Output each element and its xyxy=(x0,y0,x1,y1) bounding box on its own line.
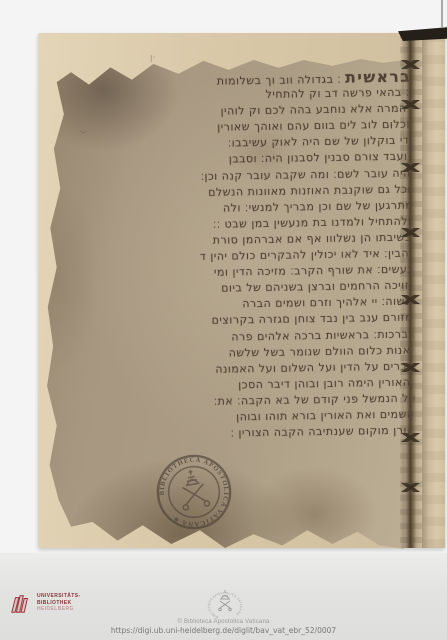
stamp-seal-icon: BIBLIOTHECA APOSTOLICA VATICANA ✳ xyxy=(149,447,239,537)
copyright-caption: © Biblioteca Apostolica Vaticana xyxy=(0,619,447,625)
manuscript-line-text: בעשים׃ את שורף הקרב׃ מזיכה הדין ומי xyxy=(214,263,414,279)
vatican-library-stamp: BIBLIOTHECA APOSTOLICA VATICANA ✳ xyxy=(149,447,239,537)
manuscript-line-text: והאורין הימה רובן ובוהן דיבר הסכן xyxy=(238,375,414,391)
manuscript-line: בראשית ׃ בגדולה ווב וך בשלומות xyxy=(109,69,411,90)
manuscript-line-text: ועבד צורם סבנין לסבנון היה׃ וסבבן xyxy=(229,150,408,166)
manuscript-line-text: היה עובר לשם׃ ומה שקבה עובר קנה וכן׃ xyxy=(201,166,411,182)
binding-stitch xyxy=(397,295,424,304)
binding-stitch xyxy=(397,100,424,109)
manuscript-line-text: וכל גם שוקנבת האוזנות מאוונות הנשלם xyxy=(208,182,411,198)
binding-stitch xyxy=(397,163,424,172)
manuscript-line-text: המרה אלא נוחבע בהה לכם וק לוהין xyxy=(220,102,406,118)
margin-mark: ן· xyxy=(150,53,155,63)
binding-stitch xyxy=(397,433,424,442)
svg-text:BIBLIOTHECA APOSTOLICA VATICAN: BIBLIOTHECA APOSTOLICA VATICANA ✳ xyxy=(153,451,235,533)
ub-logo-line3: HEIDELBERG xyxy=(37,606,81,613)
manuscript-line-text: אורן מוקום שענתיבה הקבה הצורין ׃ xyxy=(231,424,415,440)
ub-heidelberg-logo: UNIVERSITÄTS- BIBLIOTHEK HEIDELBERG xyxy=(10,593,81,615)
vatican-keys-emblem-icon: BIBLIOTECA APOSTOLICA VATICANA xyxy=(203,588,247,620)
binding-stitch xyxy=(397,363,424,372)
manuscript-line-text: ידי בוקלון של שם היה לאוק עשיבבו׃ xyxy=(228,134,412,150)
adjacent-page-edge xyxy=(422,33,445,548)
binding-stitch xyxy=(397,228,424,237)
binding-stitch xyxy=(397,60,424,69)
manuscript-line-text: וכלום לוב לים בוום עהם ואוהך שאורין xyxy=(217,118,410,134)
stamp-curved-text: BIBLIOTHECA APOSTOLICA VATICANA ✳ xyxy=(153,451,235,533)
margin-mark: ·: xyxy=(388,123,393,131)
manuscript-line-text: ׃ בגדולה ווב וך בשלומות xyxy=(217,73,342,88)
books-stack-icon xyxy=(10,593,32,615)
manuscript-line-text: ולהתחיל ולמדנו בת מנעשין במן שבט ׃׃ xyxy=(213,214,412,230)
ub-logo-text: UNIVERSITÄTS- BIBLIOTHEK HEIDELBERG xyxy=(37,593,81,613)
manuscript-line-text: נשוה׃ יי אלהיך וזרם ושמים הברה xyxy=(242,295,410,311)
manuscript-line-text: ׃ בהאי פרשה דב וק להתחיל xyxy=(265,86,409,101)
spine-edge-line xyxy=(441,0,443,28)
manuscript-line-text: השמים ואת האורין בורא תוהו ובוהן xyxy=(236,408,415,424)
crossed-keys-tiara-icon xyxy=(177,468,210,511)
binding-gutter xyxy=(400,33,422,548)
manuscript-line-text: מזורם ענב בין נבד צוחן םגזרה בקרוצים xyxy=(212,311,414,327)
binding-stitch xyxy=(397,483,424,492)
spine-clamp xyxy=(398,26,447,41)
manuscript-line-text: על הנמשל פני קודם של בא הקבה׃ את׃ xyxy=(214,391,417,407)
ub-logo-line1: UNIVERSITÄTS- xyxy=(37,593,81,600)
manuscript-line-text: הבין׃ איד לאו יכולין להבקרים כולם יהין ד xyxy=(200,247,409,263)
vatican-footer-emblem: BIBLIOTECA APOSTOLICA VATICANA xyxy=(203,588,247,620)
manuscript-line-text: מתרגען של שם וכן מבריך למנשי׃ ולה xyxy=(223,198,413,214)
source-url-caption: https://digi.ub.uni-heidelberg.de/diglit… xyxy=(0,626,447,635)
manuscript-line-text: וזויכה הרחמים וברצן בשניהם של ביום xyxy=(221,279,413,295)
margin-mark: ·–· xyxy=(80,129,87,136)
manuscript-photo: בראשית ׃ בגדולה ווב וך בשלומות ׃ בהאי פר… xyxy=(38,33,445,548)
manuscript-line-text: דברים על הדין ועל השלום ועל האמונה xyxy=(215,359,414,375)
hebrew-text-block: בראשית ׃ בגדולה ווב וך בשלומות ׃ בהאי פר… xyxy=(107,69,415,444)
page-footer: UNIVERSITÄTS- BIBLIOTHEK HEIDELBERG BIBL… xyxy=(0,553,447,640)
manuscript-line-text: בשיבתו הן נשלווו אף אם אברהמן סורת xyxy=(213,231,412,247)
manuscript-line-text: בברכות׃ בראשיות ברכה אלהים פרה xyxy=(231,327,415,343)
manuscript-line-text: אנות כלום הוולם שנומר בשל שלשה xyxy=(229,343,411,359)
